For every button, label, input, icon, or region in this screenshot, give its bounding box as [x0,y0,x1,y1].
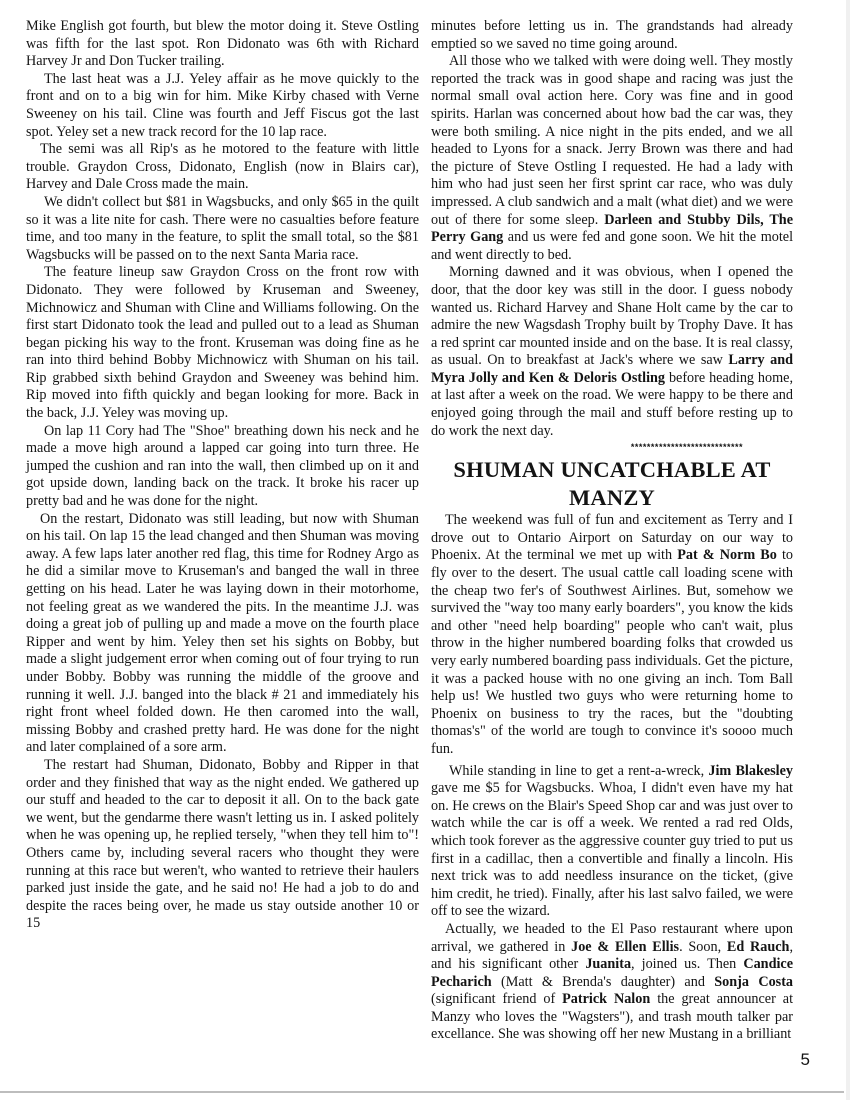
section-separator: **************************** [431,440,793,454]
page-edge-shadow [846,0,850,1100]
paragraph-text: (significant friend of [431,991,555,1007]
paragraph: The semi was all Rip's as he motored to … [26,141,419,194]
article-headline: SHUMAN UNCATCHABLE AT MANZY [431,456,793,512]
paragraph: The last heat was a J.J. Yeley affair as… [26,71,419,141]
paragraph-text: (Matt & Brenda's daughter) and [501,974,705,990]
left-column: Mike English got fourth, but blew the mo… [26,18,419,933]
paragraph: Actually, we headed to the El Paso resta… [431,921,793,1044]
paragraph: All those who we talked with were doing … [431,53,793,264]
bold-names: Pat & Norm Bo [677,547,777,563]
paragraph-text: All those who we talked with were doing … [431,53,793,227]
page-number: 5 [801,1050,810,1070]
bold-names: Jim Blakesley [708,763,793,779]
bold-names: Patrick Nalon [562,991,650,1007]
paragraph: We didn't collect but $81 in Wagsbucks, … [26,194,419,264]
bold-names: Ed Rauch [727,939,790,955]
bottom-divider [0,1091,844,1093]
newsletter-page: Mike English got fourth, but blew the mo… [0,0,850,1100]
paragraph: On the restart, Didonato was still leadi… [26,511,419,757]
paragraph: On lap 11 Cory had The "Shoe" breathing … [26,423,419,511]
paragraph-text: to fly over to the desert. The usual cat… [431,547,793,757]
paragraph: The feature lineup saw Graydon Cross on … [26,264,419,422]
paragraph-text: . Soon, [679,939,721,955]
paragraph-text: gave me $5 for Wagsbucks. Whoa, I didn't… [431,780,793,919]
paragraph: The weekend was full of fun and exciteme… [431,512,793,758]
paragraph: The restart had Shuman, Didonato, Bobby … [26,757,419,933]
right-column: minutes before letting us in. The grands… [431,18,793,1044]
paragraph: Mike English got fourth, but blew the mo… [26,18,419,71]
paragraph: minutes before letting us in. The grands… [431,18,793,53]
bold-names: Juanita [585,956,631,972]
paragraph: While standing in line to get a rent-a-w… [431,763,793,921]
paragraph-text: , joined us. Then [631,956,736,972]
paragraph-text: While standing in line to get a rent-a-w… [449,763,704,779]
paragraph: Morning dawned and it was obvious, when … [431,264,793,440]
bold-names: Sonja Costa [714,974,793,990]
bold-names: Joe & Ellen Ellis [571,939,679,955]
